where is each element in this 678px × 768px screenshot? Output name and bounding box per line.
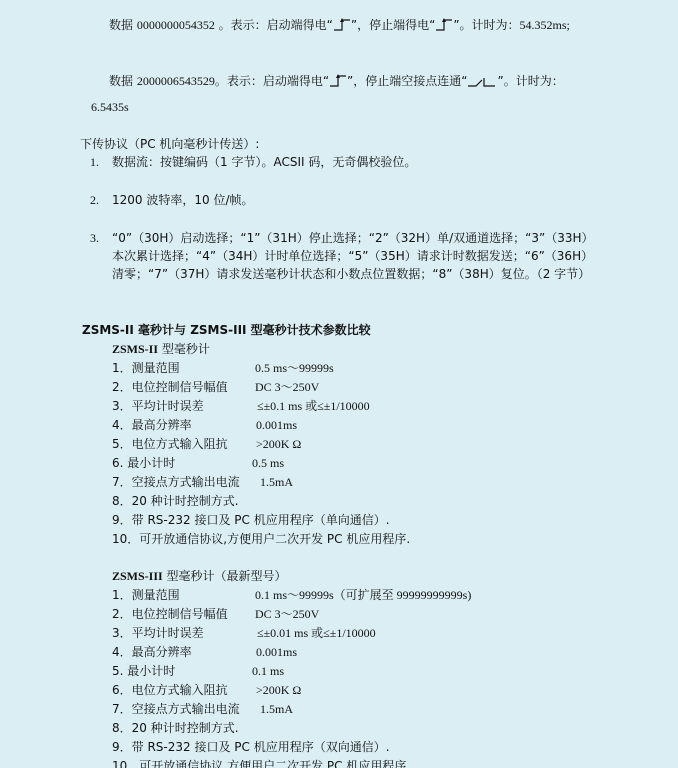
spec-label: 7．空接点方式输出电流	[112, 701, 240, 717]
model-ii-spec-3: 3．平均计时误差≤±0.1 ms 或≤±1/10000	[112, 398, 204, 414]
model-ii-spec-9: 9．带 RS-232 接口及 PC 机应用程序（单向通信）.	[112, 512, 390, 528]
model-ii-name-rest: 型毫秒计	[158, 342, 210, 356]
protocol-item-text: 数据流：按键编码（1 字节）。ACSII 码，无奇偶校验位。	[112, 155, 416, 169]
protocol-item-line: “0”（30H）启动选择；“1”（31H）停止选择；“2”（32H）单/双通道选…	[112, 231, 594, 245]
model-iii-spec-5: 5. 最小计时0.1 ms	[112, 663, 175, 679]
model-ii-spec-8: 8．20 种计时控制方式.	[112, 493, 239, 509]
example-1-prefix: 数据	[109, 18, 137, 32]
protocol-item-3-line-2: 本次累计选择；“4”（34H）计时单位选择；“5”（35H）请求计时数据发送；“…	[112, 248, 593, 264]
model-iii-spec-6: 6．电位方式输入阻抗>200K Ω	[112, 682, 228, 698]
model-iii-spec-9: 9．带 RS-232 接口及 PC 机应用程序（双向通信）.	[112, 739, 390, 755]
spec-label: 10．可开放通信协议,方便用户二次开发 PC 机应用程序.	[112, 531, 410, 547]
model-ii-spec-10: 10．可开放通信协议,方便用户二次开发 PC 机应用程序.	[112, 531, 410, 547]
example-2-mid1: 。表示：启动端得电“	[215, 74, 329, 88]
rising-edge-icon	[329, 73, 347, 87]
example-1: 数据 0000000054352 。表示：启动端得电“”，停止端得电“”。计时为…	[109, 17, 570, 33]
spec-label: 8．20 种计时控制方式.	[112, 720, 239, 736]
contact-close-icon	[467, 73, 497, 87]
model-ii-spec-4: 4．最高分辨率0.001ms	[112, 417, 192, 433]
spec-label: 5. 最小计时	[112, 663, 175, 679]
model-iii-name-rest: 型毫秒计（最新型号）	[163, 569, 287, 583]
spec-label: 3．平均计时误差	[112, 625, 204, 641]
model-ii-name: ZSMS-II	[112, 342, 158, 356]
protocol-item-2: 2.1200 波特率，10 位/帧。	[90, 192, 253, 208]
spec-value: 1.5mA	[260, 474, 293, 490]
example-2-mid3: ”。计时为：	[497, 74, 563, 88]
comparison-title: ZSMS-II 毫秒计与 ZSMS-III 型毫秒计技术参数比较	[82, 322, 371, 338]
protocol-item-num: 1.	[90, 154, 112, 170]
spec-value: ≤±0.01 ms 或≤±1/10000	[257, 625, 376, 641]
model-ii-heading: ZSMS-II 型毫秒计	[112, 341, 210, 357]
example-2-mid2: ”，停止端空接点连通“	[347, 74, 467, 88]
model-ii-spec-7: 7．空接点方式输出电流1.5mA	[112, 474, 240, 490]
spec-value: 0.001ms	[256, 417, 297, 433]
spec-label: 7．空接点方式输出电流	[112, 474, 240, 490]
spec-value: >200K Ω	[256, 682, 301, 698]
model-iii-spec-1: 1．测量范围0.1 ms～99999s（可扩展至 99999999999s)	[112, 587, 180, 603]
spec-value: 0.5 ms	[252, 455, 284, 471]
spec-label: 6．电位方式输入阻抗	[112, 682, 228, 698]
spec-label: 10．可开放通信协议,方便用户二次开发 PC 机应用程序.	[112, 758, 410, 768]
spec-value: 1.5mA	[260, 701, 293, 717]
protocol-title: 下传协议（PC 机向毫秒计传送）:	[80, 136, 259, 152]
protocol-item-3-line-3: 清零；“7”（37H）请求发送毫秒计状态和小数点位置数据；“8”（38H）复位。…	[112, 266, 590, 282]
spec-label: 6. 最小计时	[112, 455, 175, 471]
protocol-item-num: 3.	[90, 230, 112, 246]
model-iii-name: ZSMS-III	[112, 569, 163, 583]
model-ii-spec-2: 2．电位控制信号幅值DC 3～250V	[112, 379, 228, 395]
protocol-item-num: 2.	[90, 192, 112, 208]
model-iii-heading: ZSMS-III 型毫秒计（最新型号）	[112, 568, 287, 584]
model-ii-spec-1: 1．测量范围0.5 ms～99999s	[112, 360, 180, 376]
spec-label: 5．电位方式输入阻抗	[112, 436, 228, 452]
protocol-item-text: 1200 波特率，10 位/帧。	[112, 193, 253, 207]
spec-label: 4．最高分辨率	[112, 644, 192, 660]
model-ii-spec-6: 6. 最小计时0.5 ms	[112, 455, 175, 471]
rising-edge-icon	[333, 17, 351, 31]
spec-value: >200K Ω	[256, 436, 301, 452]
example-2: 数据 2000006543529。表示：启动端得电“”，停止端空接点连通“”。计…	[109, 73, 564, 89]
spec-value: DC 3～250V	[255, 379, 319, 395]
spec-value: 0.1 ms～99999s（可扩展至 99999999999s)	[255, 587, 471, 603]
example-2-result: 6.5435s	[91, 99, 129, 115]
protocol-item-1: 1.数据流：按键编码（1 字节）。ACSII 码，无奇偶校验位。	[90, 154, 416, 170]
spec-value: 0.5 ms～99999s	[255, 360, 334, 376]
spec-label: 2．电位控制信号幅值	[112, 606, 228, 622]
model-iii-spec-7: 7．空接点方式输出电流1.5mA	[112, 701, 240, 717]
spec-label: 3．平均计时误差	[112, 398, 204, 414]
example-1-mid3: ”。计时为：	[453, 18, 519, 32]
model-iii-spec-4: 4．最高分辨率0.001ms	[112, 644, 192, 660]
spec-label: 9．带 RS-232 接口及 PC 机应用程序（单向通信）.	[112, 512, 390, 528]
model-iii-spec-2: 2．电位控制信号幅值DC 3～250V	[112, 606, 228, 622]
model-iii-spec-3: 3．平均计时误差≤±0.01 ms 或≤±1/10000	[112, 625, 204, 641]
spec-value: 0.001ms	[256, 644, 297, 660]
spec-value: DC 3～250V	[255, 606, 319, 622]
rising-edge-icon	[435, 17, 453, 31]
model-iii-spec-10: 10．可开放通信协议,方便用户二次开发 PC 机应用程序.	[112, 758, 410, 768]
model-iii-spec-8: 8．20 种计时控制方式.	[112, 720, 239, 736]
spec-value: 0.1 ms	[252, 663, 284, 679]
spec-label: 8．20 种计时控制方式.	[112, 493, 239, 509]
example-1-data-value: 0000000054352	[137, 18, 215, 32]
example-1-mid1: 。表示：启动端得电“	[215, 18, 333, 32]
model-ii-spec-5: 5．电位方式输入阻抗>200K Ω	[112, 436, 228, 452]
spec-label: 1．测量范围	[112, 587, 180, 603]
spec-label: 4．最高分辨率	[112, 417, 192, 433]
example-1-result: 54.352ms;	[520, 18, 570, 32]
spec-label: 2．电位控制信号幅值	[112, 379, 228, 395]
example-1-mid2: ”，停止端得电“	[351, 18, 435, 32]
spec-label: 9．带 RS-232 接口及 PC 机应用程序（双向通信）.	[112, 739, 390, 755]
protocol-item-3: 3.“0”（30H）启动选择；“1”（31H）停止选择；“2”（32H）单/双通…	[90, 230, 594, 246]
example-2-data-value: 2000006543529	[137, 74, 215, 88]
spec-value: ≤±0.1 ms 或≤±1/10000	[257, 398, 370, 414]
spec-label: 1．测量范围	[112, 360, 180, 376]
example-2-prefix: 数据	[109, 74, 137, 88]
